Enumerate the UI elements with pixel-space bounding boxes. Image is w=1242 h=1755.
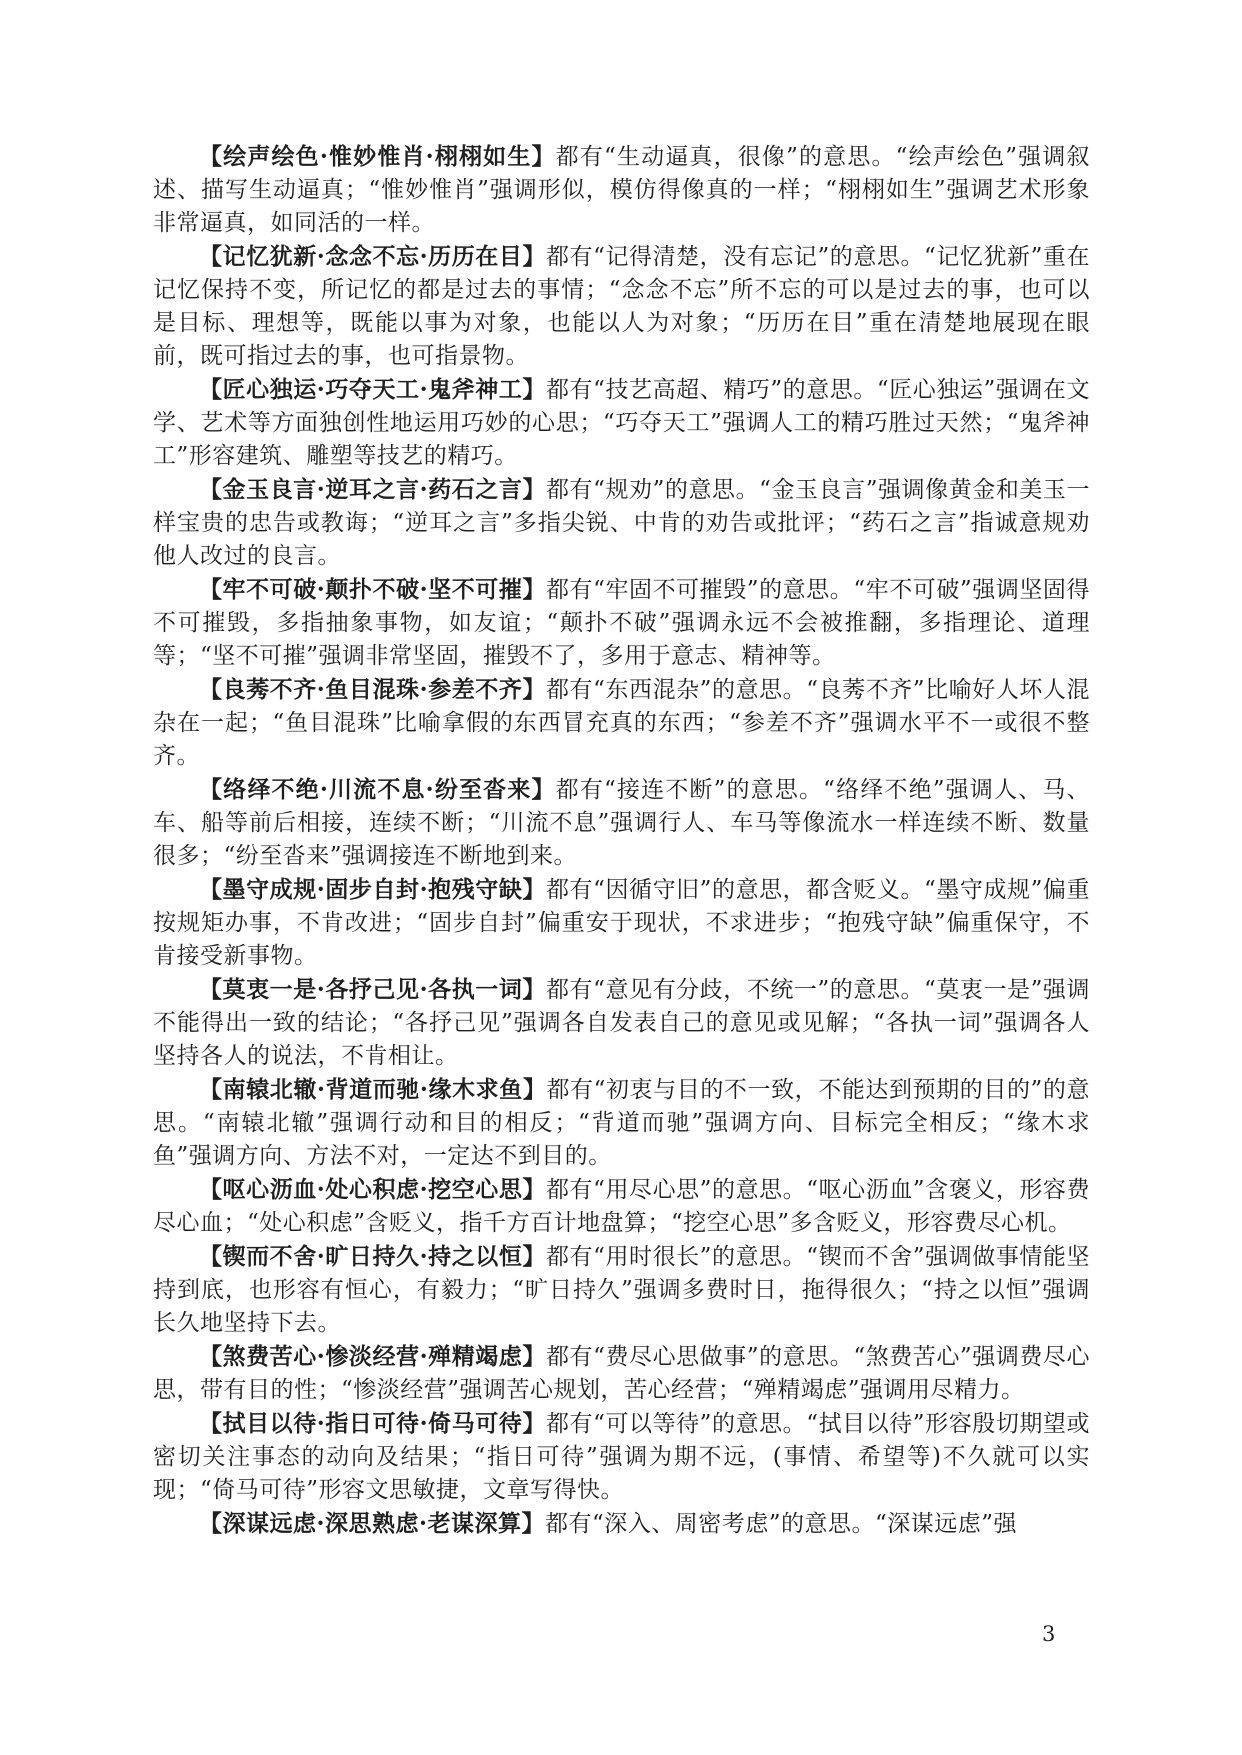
idiom-headwords: 【匠心独运·巧夺天工·鬼斧神工】 xyxy=(199,376,546,403)
idiom-headwords: 【牢不可破·颠扑不破·坚不可摧】 xyxy=(199,576,546,603)
idiom-headwords: 【南辕北辙·背道而驰·缘木求鱼】 xyxy=(199,1076,546,1103)
idiom-entry: 【呕心沥血·处心积虑·挖空心思】都有“用尽心思”的意思。“呕心沥血”含褒义，形容… xyxy=(153,1173,1090,1240)
page-number: 3 xyxy=(1042,1622,1055,1646)
idiom-entry: 【墨守成规·固步自封·抱残守缺】都有“因循守旧”的意思，都含贬义。“墨守成规”偏… xyxy=(153,873,1090,973)
idiom-headwords: 【煞费苦心·惨淡经营·殚精竭虑】 xyxy=(199,1343,546,1370)
idiom-headwords: 【莫衷一是·各抒己见·各执一词】 xyxy=(199,976,546,1003)
idiom-entry: 【南辕北辙·背道而驰·缘木求鱼】都有“初衷与目的不一致，不能达到预期的目的”的意… xyxy=(153,1073,1090,1173)
idiom-headwords: 【金玉良言·逆耳之言·药石之言】 xyxy=(199,476,546,503)
idiom-entry: 【牢不可破·颠扑不破·坚不可摧】都有“牢固不可摧毁”的意思。“牢不可破”强调坚固… xyxy=(153,573,1090,673)
idiom-headwords: 【深谋远虑·深思熟虑·老谋深算】 xyxy=(199,1510,545,1537)
idiom-entry: 【锲而不舍·旷日持久·持之以恒】都有“用时很长”的意思。“锲而不舍”强调做事情能… xyxy=(153,1240,1090,1340)
document-page: 【绘声绘色·惟妙惟肖·栩栩如生】都有“生动逼真，很像”的意思。“绘声绘色”强调叙… xyxy=(0,0,1242,1755)
idiom-entry: 【绘声绘色·惟妙惟肖·栩栩如生】都有“生动逼真，很像”的意思。“绘声绘色”强调叙… xyxy=(153,140,1090,240)
idiom-entry: 【记忆犹新·念念不忘·历历在目】都有“记得清楚，没有忘记”的意思。“记忆犹新”重… xyxy=(153,240,1090,373)
idiom-headwords: 【良莠不齐·鱼目混珠·参差不齐】 xyxy=(199,676,546,703)
idiom-headwords: 【呕心沥血·处心积虑·挖空心思】 xyxy=(199,1176,546,1203)
idiom-headwords: 【墨守成规·固步自封·抱残守缺】 xyxy=(199,876,546,903)
idiom-headwords: 【锲而不舍·旷日持久·持之以恒】 xyxy=(199,1243,546,1270)
idiom-headwords: 【记忆犹新·念念不忘·历历在目】 xyxy=(199,243,546,270)
idiom-entry: 【金玉良言·逆耳之言·药石之言】都有“规劝”的意思。“金玉良言”强调像黄金和美玉… xyxy=(153,473,1090,573)
idiom-headwords: 【绘声绘色·惟妙惟肖·栩栩如生】 xyxy=(199,143,556,170)
idiom-explanation: 都有“深入、周密考虑”的意思。“深谋远虑”强 xyxy=(545,1511,1017,1537)
idiom-headwords: 【拭目以待·指日可待·倚马可待】 xyxy=(199,1410,546,1437)
idiom-entry: 【煞费苦心·惨淡经营·殚精竭虑】都有“费尽心思做事”的意思。“煞费苦心”强调费尽… xyxy=(153,1340,1090,1407)
idiom-entry: 【匠心独运·巧夺天工·鬼斧神工】都有“技艺高超、精巧”的意思。“匠心独运”强调在… xyxy=(153,373,1090,473)
idiom-entry: 【络绎不绝·川流不息·纷至沓来】都有“接连不断”的意思。“络绎不绝”强调人、马、… xyxy=(153,773,1090,873)
idiom-entry: 【莫衷一是·各抒己见·各执一词】都有“意见有分歧，不统一”的意思。“莫衷一是”强… xyxy=(153,973,1090,1073)
idiom-headwords: 【络绎不绝·川流不息·纷至沓来】 xyxy=(199,776,556,803)
idiom-entry: 【拭目以待·指日可待·倚马可待】都有“可以等待”的意思。“拭目以待”形容殷切期望… xyxy=(153,1407,1090,1507)
idiom-entry: 【深谋远虑·深思熟虑·老谋深算】都有“深入、周密考虑”的意思。“深谋远虑”强 xyxy=(153,1507,1090,1541)
text-body: 【绘声绘色·惟妙惟肖·栩栩如生】都有“生动逼真，很像”的意思。“绘声绘色”强调叙… xyxy=(153,140,1090,1541)
idiom-entry: 【良莠不齐·鱼目混珠·参差不齐】都有“东西混杂”的意思。“良莠不齐”比喻好人坏人… xyxy=(153,673,1090,773)
